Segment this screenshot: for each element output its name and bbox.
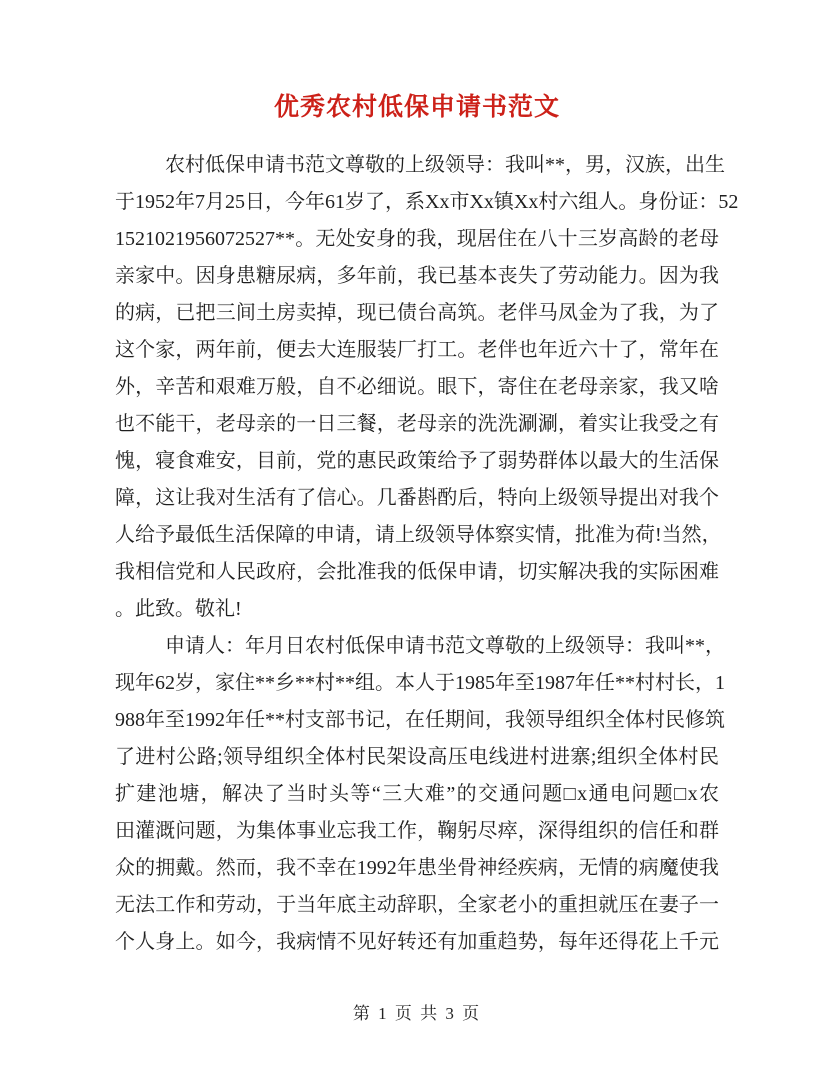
text-line: 愧，寝食难安，目前，党的惠民政策给予了弱势群体以最大的生活保 [115,443,719,480]
page-footer: 第 1 页 共 3 页 [0,1002,834,1026]
text-line: 农村低保申请书范文尊敬的上级领导：我叫**，男，汉族，出生 [115,147,719,184]
text-line: 于1952年7月25日，今年61岁了，系Xx市Xx镇Xx村六组人。身份证：52 [115,184,719,221]
text-line: 988年至1992年任**村支部书记，在任期间，我领导组织全体村民修筑 [115,702,719,739]
text-line: 我相信党和人民政府，会批准我的低保申请，切实解决我的实际困难 [115,554,719,591]
text-line: 申请人：年月日农村低保申请书范文尊敬的上级领导：我叫**， [115,628,719,665]
text-line: 人给予最低生活保障的申请，请上级领导体察实情，批准为荷!当然， [115,517,719,554]
text-line: 障，这让我对生活有了信心。几番斟酌后，特向上级领导提出对我个 [115,480,719,517]
text-line: 众的拥戴。然而，我不幸在1992年患坐骨神经疾病，无情的病魔使我 [115,850,719,887]
document-title: 优秀农村低保申请书范文 [0,92,834,124]
text-line: 个人身上。如今，我病情不见好转还有加重趋势，每年还得花上千元 [115,924,719,961]
document-body: 农村低保申请书范文尊敬的上级领导：我叫**，男，汉族，出生于1952年7月25日… [115,147,719,961]
text-line: 无法工作和劳动，于当年底主动辞职，全家老小的重担就压在妻子一 [115,887,719,924]
text-line: 现年62岁，家住**乡**村**组。本人于1985年至1987年任**村村长，1 [115,665,719,702]
document-page: 优秀农村低保申请书范文 农村低保申请书范文尊敬的上级领导：我叫**，男，汉族，出… [0,0,834,1080]
text-line: 1521021956072527**。无处安身的我，现居住在八十三岁高龄的老母 [115,221,719,258]
text-line: 了进村公路;领导组织全体村民架设高压电线进村进寨;组织全体村民 [115,739,719,776]
text-line: 扩建池塘，解决了当时头等“三大难”的交通问题□x通电问题□x农 [115,776,719,813]
page-number-indicator: 第 1 页 共 3 页 [353,1004,481,1023]
text-line: 田灌溉问题，为集体事业忘我工作，鞠躬尽瘁，深得组织的信任和群 [115,813,719,850]
text-line: 也不能干，老母亲的一日三餐，老母亲的洗洗涮涮，着实让我受之有 [115,406,719,443]
text-line: 亲家中。因身患糖尿病，多年前，我已基本丧失了劳动能力。因为我 [115,258,719,295]
text-line: 这个家，两年前，便去大连服装厂打工。老伴也年近六十了，常年在 [115,332,719,369]
text-line: 。此致。敬礼! [115,591,719,628]
text-line: 的病，已把三间土房卖掉，现已债台高筑。老伴马凤金为了我，为了 [115,295,719,332]
text-line: 外，辛苦和艰难万般，自不必细说。眼下，寄住在老母亲家，我又啥 [115,369,719,406]
